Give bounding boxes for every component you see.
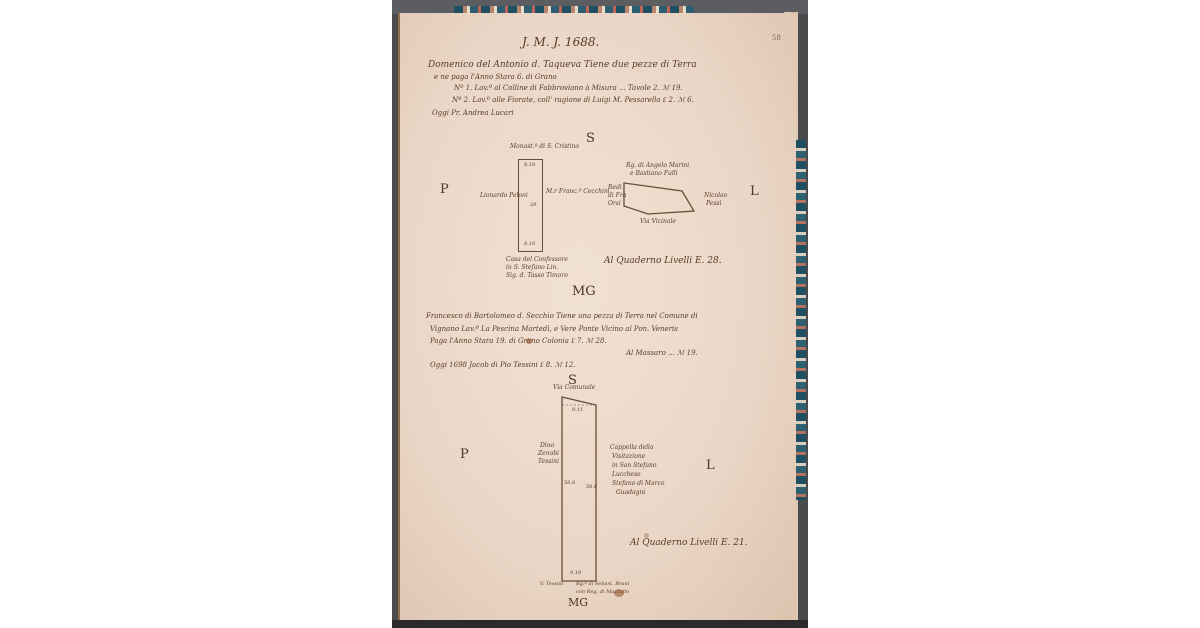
compass-north-1: S — [586, 132, 595, 145]
plot-a-bottom-3: Sig. d. Tasso Timoro — [506, 273, 568, 279]
plot-c-right-2: Visitazione — [612, 454, 645, 460]
plot-b-right-2: Pessi — [706, 201, 721, 207]
plot-a-bottom-1: Casa del Confessore — [506, 257, 568, 263]
page-header: J. M. J. 1688. — [522, 36, 599, 48]
ink-stain — [526, 338, 532, 344]
ink-stain — [614, 589, 624, 597]
entry1-line3: Nº 1. Lav.º al Colline di Fabbroviano à … — [454, 85, 683, 92]
entry2-line2: Vignano Lav.º La Pescina Martedì, e Vere… — [430, 326, 678, 333]
entry2-line3: Paga l'Anno Stara 19. di Grano Colonia ₤… — [430, 338, 607, 345]
plot-a-measure-mid: 28. — [530, 203, 538, 208]
entry1-line1: Domenico del Antonio d. Taqueva Tiene du… — [428, 61, 697, 70]
plot-b-left-1: Redi — [608, 185, 622, 191]
plot-b-bottom: Via Vicinale — [640, 219, 676, 225]
plot-c-bottom-2: Rg.º di Sebast. Bruni — [576, 582, 629, 587]
plot-a-left: Lionardo Peloni — [480, 193, 528, 199]
manuscript-page: J. M. J. 1688. 58 Domenico del Antonio d… — [398, 13, 796, 620]
entry1-ledger-ref: Al Quaderno Livelli E. 28. — [604, 257, 722, 266]
plot-b-outline — [622, 181, 702, 217]
plot-c-right-1: Cappella della — [610, 445, 654, 451]
entry2-line5: Oggi 1698 Jacob di Pio Tessini ₤ 8. ℳ 12… — [430, 362, 576, 369]
plot-c-left-2: Zenobi — [538, 451, 559, 457]
compass-east-2: L — [706, 459, 715, 472]
plot-b-right-1: Nicolao — [704, 193, 727, 199]
plot-a-right: M.r Franc.º Cecchini — [546, 189, 610, 195]
plot-c-left-3: Tessini — [538, 459, 559, 465]
plot-b-left-3: Orsi — [608, 201, 621, 207]
plot-c-left-1: Dino — [540, 443, 554, 449]
plot-b-top-1: Rg. di Angelo Marini — [626, 163, 689, 169]
book-bottom-edge — [392, 620, 808, 628]
plot-a-top: Monast.º di S. Cristino — [510, 144, 579, 150]
ink-stain — [644, 533, 649, 538]
plot-c-measure-top: 9.11 — [572, 408, 583, 413]
plot-c-measure-left: 58.8 — [564, 481, 575, 486]
plot-c-top: Via Comunale — [553, 385, 595, 391]
page-number: 58 — [772, 35, 781, 42]
plot-c-measure-right: 58.8 — [586, 485, 597, 490]
entry1-line5: Oggi Pr. Andrea Lucari — [432, 110, 514, 117]
manuscript-scan: J. M. J. 1688. 58 Domenico del Antonio d… — [392, 0, 808, 628]
entry2-ledger-ref: Al Quaderno Livelli E. 21. — [630, 539, 748, 548]
compass-south-2: MG — [568, 597, 588, 608]
plot-b-top-2: e Bastiano Fulli — [630, 171, 678, 177]
plot-c-right-4: Lucchese — [612, 472, 641, 478]
plot-c-outline — [560, 395, 600, 585]
plot-c-measure-bottom: 9.18 — [570, 571, 581, 576]
compass-west-2: P — [460, 448, 469, 461]
entry1-line2: e ne paga l'Anno Stara 6. di Grano — [434, 74, 557, 81]
compass-east-1: L — [750, 185, 759, 198]
plot-b-left-2: di Fra — [608, 193, 626, 199]
plot-a-bottom-2: in S. Stefano Lin. — [506, 265, 558, 271]
entry1-line4: Nº 2. Lav.º alle Fiorate, coll' ragione … — [452, 97, 694, 104]
entry2-line4: Al Massaro ... ℳ 19. — [626, 350, 698, 357]
plot-a-measure-bottom: 8.18 — [524, 242, 535, 247]
plot-c-right-5: Stefano di Marco — [612, 481, 664, 487]
compass-west-1: P — [440, 183, 449, 196]
plot-c-right-3: in San Stefano — [612, 463, 657, 469]
plot-a-measure-top: 8.18 — [524, 163, 535, 168]
marbled-endpaper-right — [796, 140, 806, 500]
plot-c-right-6: Guadagni — [616, 490, 645, 496]
entry2-line1: Francesco di Bartolomeo d. Secchio Tiene… — [426, 313, 698, 320]
compass-south-1: MG — [572, 285, 596, 298]
plot-c-bottom-1: V. Tessini — [540, 582, 563, 587]
